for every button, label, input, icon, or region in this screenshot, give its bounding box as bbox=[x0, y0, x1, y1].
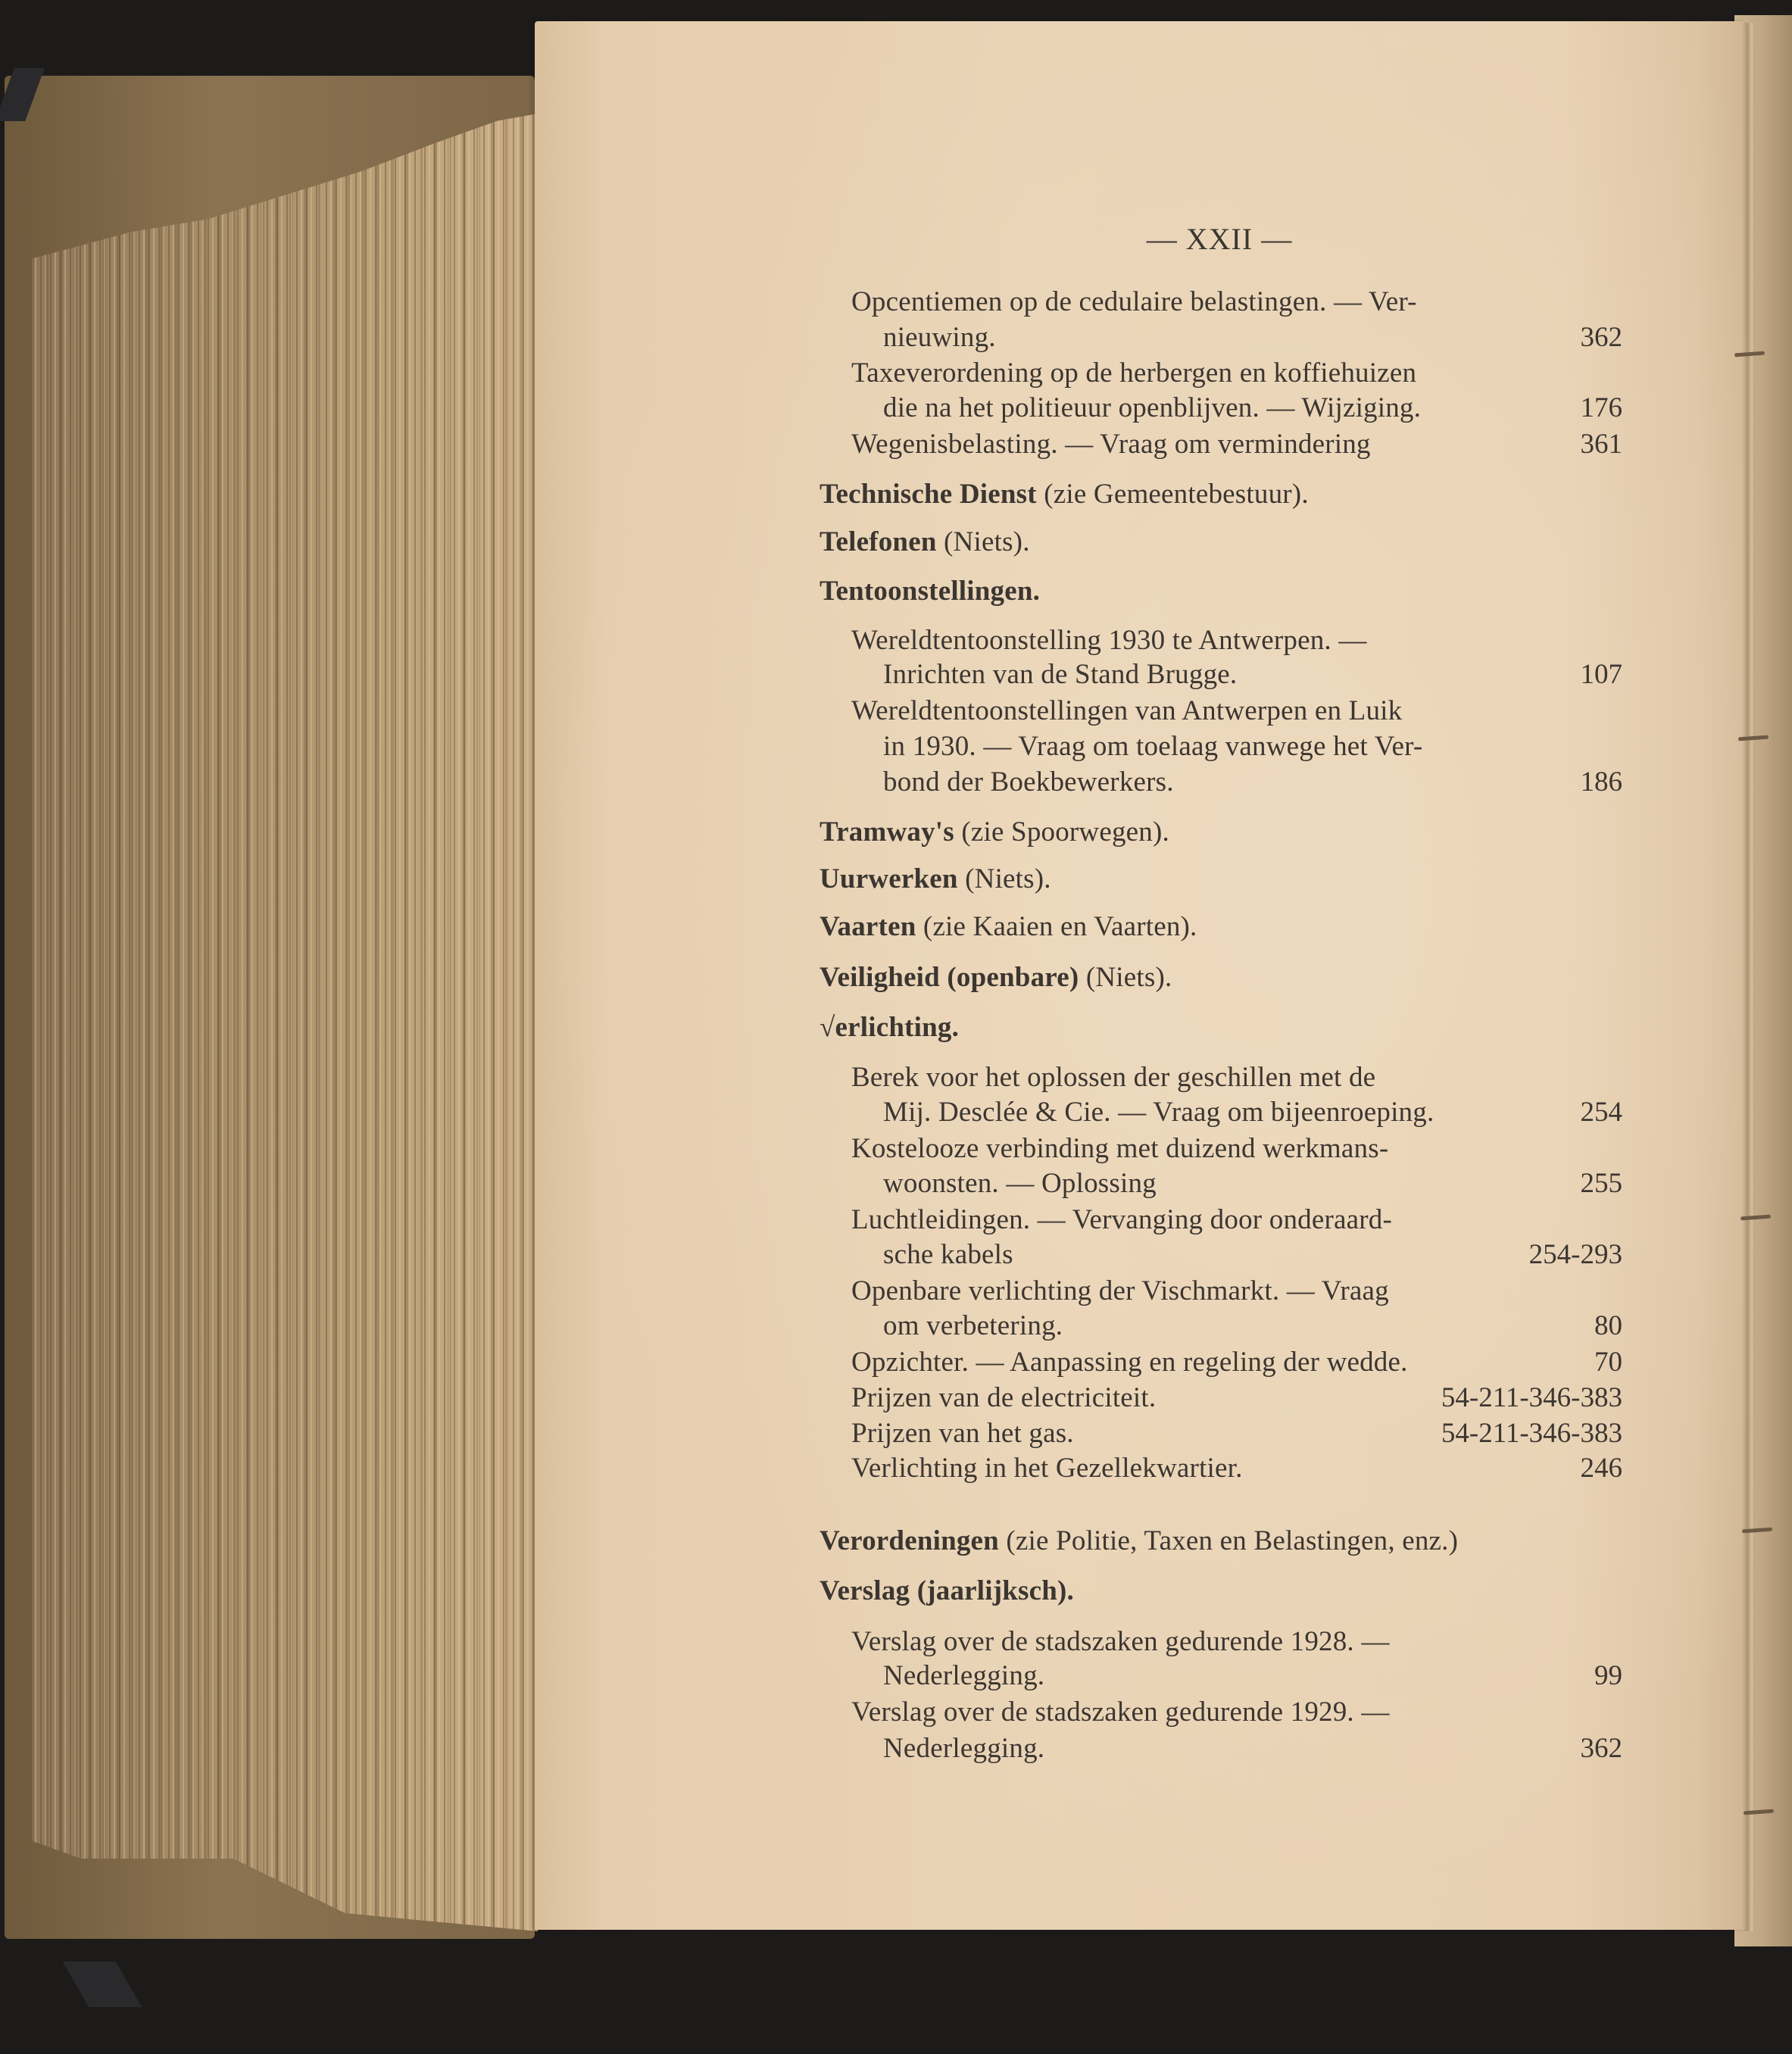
index-entry: Prijzen van het gas. bbox=[851, 1419, 1074, 1447]
index-entry: Luchtleidingen. — Vervanging door ondera… bbox=[851, 1206, 1392, 1234]
page-reference: 362 bbox=[1581, 323, 1623, 351]
heading-note: (zie Politie, Taxen en Belastingen, enz.… bbox=[999, 1525, 1458, 1556]
index-entry: die na het politieuur openblijven. — Wij… bbox=[883, 394, 1421, 422]
cover-corner-bottom bbox=[63, 1962, 142, 2007]
heading-term: Vaarten bbox=[820, 911, 916, 942]
heading-term: Tramway's bbox=[820, 816, 954, 848]
index-entry: Opzichter. — Aanpassing en regeling der … bbox=[851, 1348, 1408, 1376]
page-reference: 186 bbox=[1581, 768, 1623, 796]
index-entry: Wereldtentoonstelling 1930 te Antwerpen.… bbox=[851, 626, 1367, 654]
heading-term: Tentoonstellingen. bbox=[820, 576, 1040, 607]
index-entry: bond der Boekbewerkers. bbox=[883, 768, 1174, 796]
index-heading: Tramway's (zie Spoorwegen). bbox=[820, 818, 1169, 846]
page-reference: 99 bbox=[1594, 1662, 1622, 1690]
index-heading: Verordeningen (zie Politie, Taxen en Bel… bbox=[820, 1527, 1458, 1555]
index-entry: Nederlegging. bbox=[883, 1662, 1044, 1690]
page-reference: 361 bbox=[1581, 430, 1623, 458]
index-heading: Tentoonstellingen. bbox=[820, 577, 1040, 605]
heading-note: (Niets). bbox=[1079, 962, 1172, 993]
index-entry: Opcentiemen op de cedulaire belastingen.… bbox=[851, 288, 1417, 316]
heading-term: Uurwerken bbox=[820, 863, 958, 894]
index-entry: Verlichting in het Gezellekwartier. bbox=[851, 1454, 1243, 1482]
index-entry: Verslag over de stadszaken gedurende 192… bbox=[851, 1628, 1390, 1656]
heading-note: (Niets). bbox=[958, 863, 1051, 894]
page-reference: 54-211-346-383 bbox=[1441, 1419, 1622, 1447]
index-entry: Mij. Desclée & Cie. — Vraag om bijeenroe… bbox=[883, 1098, 1434, 1126]
index-entry: Openbare verlichting der Vischmarkt. — V… bbox=[851, 1277, 1389, 1305]
index-entry: Wegenisbelasting. — Vraag om verminderin… bbox=[851, 430, 1371, 458]
page-number-header: — XXII — bbox=[1129, 221, 1310, 257]
index-entry: in 1930. — Vraag om toelaag vanwege het … bbox=[883, 732, 1422, 760]
index-entry: Inrichten van de Stand Brugge. bbox=[883, 660, 1237, 688]
heading-note: (Niets). bbox=[937, 526, 1030, 557]
index-entry: Berek voor het oplossen der geschillen m… bbox=[851, 1063, 1375, 1091]
index-heading: Telefonen (Niets). bbox=[820, 528, 1030, 556]
page-reference: 246 bbox=[1581, 1454, 1623, 1482]
heading-note: (zie Kaaien en Vaarten). bbox=[916, 911, 1197, 942]
index-entry: Prijzen van de electriciteit. bbox=[851, 1384, 1156, 1412]
index-entry: Nederlegging. bbox=[883, 1734, 1044, 1762]
heading-term: Verslag (jaarlijksch). bbox=[820, 1575, 1074, 1606]
page-reference: 107 bbox=[1581, 660, 1623, 688]
heading-term: √erlichting. bbox=[820, 1012, 959, 1043]
index-heading: √erlichting. bbox=[820, 1013, 959, 1041]
index-entry: woonsten. — Oplossing bbox=[883, 1169, 1157, 1197]
index-entry: sche kabels bbox=[883, 1241, 1013, 1269]
heading-term: Verordeningen bbox=[820, 1525, 999, 1556]
index-heading: Vaarten (zie Kaaien en Vaarten). bbox=[820, 913, 1197, 941]
page-reference: 80 bbox=[1594, 1312, 1622, 1340]
index-heading: Uurwerken (Niets). bbox=[820, 865, 1051, 893]
heading-term: Technische Dienst bbox=[820, 479, 1037, 510]
page-reference: 254-293 bbox=[1529, 1241, 1622, 1269]
page-reference: 254 bbox=[1581, 1098, 1623, 1126]
index-heading: Verslag (jaarlijksch). bbox=[820, 1577, 1074, 1605]
page-reference: 362 bbox=[1581, 1734, 1623, 1762]
index-entry: Verslag over de stadszaken gedurende 192… bbox=[851, 1698, 1390, 1726]
page-reference: 70 bbox=[1594, 1348, 1622, 1376]
index-entry: Kostelooze verbinding met duizend werkma… bbox=[851, 1135, 1388, 1163]
index-entry: Wereldtentoonstellingen van Antwerpen en… bbox=[851, 697, 1402, 725]
index-heading: Veiligheid (openbare) (Niets). bbox=[820, 963, 1172, 991]
index-heading: Technische Dienst (zie Gemeentebestuur). bbox=[820, 480, 1309, 508]
page-reference: 176 bbox=[1581, 394, 1623, 422]
heading-term: Telefonen bbox=[820, 526, 937, 557]
heading-note: (zie Spoorwegen). bbox=[954, 816, 1169, 848]
binding-gutter bbox=[1742, 23, 1753, 1931]
index-entry: Taxeverordening op de herbergen en koffi… bbox=[851, 359, 1416, 387]
index-entry: nieuwing. bbox=[883, 323, 996, 351]
page-reference: 255 bbox=[1581, 1169, 1623, 1197]
heading-note: (zie Gemeentebestuur). bbox=[1037, 479, 1309, 510]
index-entry: om verbetering. bbox=[883, 1312, 1063, 1340]
page-reference: 54-211-346-383 bbox=[1441, 1384, 1622, 1412]
page-stack-edges bbox=[30, 114, 538, 1931]
heading-term: Veiligheid (openbare) bbox=[820, 962, 1079, 993]
